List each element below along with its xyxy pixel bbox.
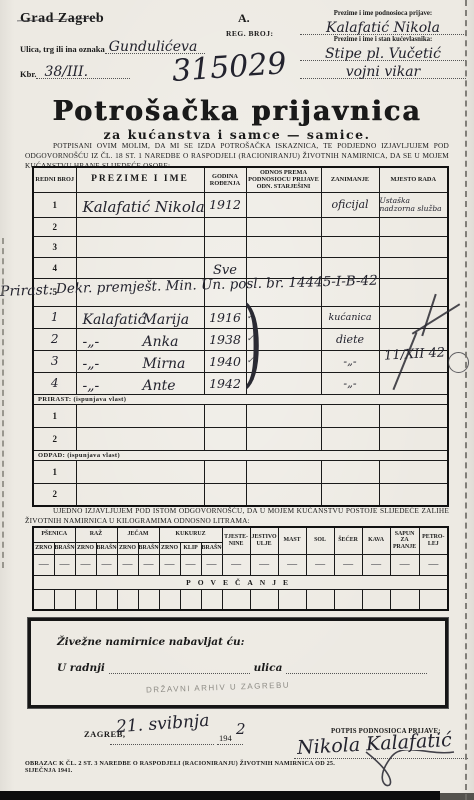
landlord-value2: vojni vikar [300,64,466,80]
povecanje-label: POVEČANJE [33,575,448,589]
form-sheet: Grad Zagreb Ulica, trg ili ina oznaka Gu… [0,0,474,800]
povecanje-empty-row [33,589,448,610]
purchase-box: Živežne namirnice nabavljat ću: U radnji… [28,618,448,708]
table-row: 2 [33,217,448,236]
col-secer: ŠEĆER [334,527,362,554]
purchase-line2: U radnji ulica [57,662,431,674]
col-psenica: PŠENICA [33,527,75,542]
street-row: Ulica, trg ili ina oznaka Gundulićeva [20,39,205,54]
sve-note: Sve [204,257,246,278]
form-footnote: OBRAZAC K ČL. 2 ST. 3 NAREDBE O RASPODJE… [25,760,355,774]
kbr-row: Kbr. 38/III. [20,62,130,79]
col-tjestenine: TJESTE-NINE [222,527,250,554]
landlord-field: Stipe pl. Vučetić [300,43,466,61]
household-header-row: REDNI BROJ PREZIME I IME GODINA ROĐENJA … [33,167,448,192]
scan-bottom-bar-light [440,793,474,800]
family-given-name: Anka [143,334,179,350]
family-given-name: Marija [143,312,190,328]
landlord-label: Prezime i ime i stan kućevlasnika: [300,36,466,43]
person-year: 1912 [204,192,246,217]
family-surname: Kalafatić [83,312,146,328]
odpad-section-row: ODPAD: (ispunjava vlast) [33,450,448,460]
col-raz: RAŽ [75,527,117,542]
landlord-value: Stipe pl. Vučetić [300,46,466,62]
purchase-line1: Živežne namirnice nabavljat ću: [57,636,244,648]
col-mast: MAST [278,527,306,554]
reg-broj-label: REG. BROJ: [226,29,274,38]
table-row: 3 [33,236,448,257]
family-occupation: diete [321,328,379,350]
table-row: 2 -„-Anka 1938 ✓ diete [33,328,448,350]
form-title: Potrošačka prijavnica [0,96,474,127]
table-row: 2 [33,427,448,450]
col-prezime-ime: PREZIME I IME [76,167,204,192]
col-zanimanje: ZANIMANJE [321,167,379,192]
family-surname: -„- [83,356,100,372]
perforation-left [2,238,4,568]
supplies-table: PŠENICA RAŽ JEČAM KUKURUZ TJESTE-NINE JE… [32,526,449,611]
supplies-group-header: PŠENICA RAŽ JEČAM KUKURUZ TJESTE-NINE JE… [33,527,448,542]
person-occupation: oficijal [321,192,379,217]
date-stamp-annotation: 11/XII 42 [384,345,446,363]
reg-broj-value: 315029 [171,46,288,89]
col-odnos: ODNOS PREMA PODNOSIOCU PRIJAVE ODN. STAR… [246,167,321,192]
year-value: 2 [236,720,246,738]
family-surname: -„- [83,378,100,394]
section-letter: A. [238,11,250,26]
scan-bottom-bar [0,791,440,800]
table-row: 1 KalafatićMarija 1916 ✓ kućanica [33,306,448,328]
family-given-name: Ante [143,378,176,394]
archive-stamp: DRŽAVNI ARHIV U ZAGREBU [146,680,290,694]
col-sol: SOL [306,527,334,554]
street-label: Ulica, trg ili ina oznaka [20,44,105,54]
applicant-label: Prezime i ime podnosioca prijave: [300,10,466,17]
col-mjesto-rada: MJESTO RADA [379,167,448,192]
family-surname: -„- [83,334,100,350]
perforation-right [465,0,467,800]
odpad-label: ODPAD: (ispunjava vlast) [33,450,448,460]
kbr-label: Kbr. [20,69,36,79]
prirast-label: PRIRAST: (ispunjava vlast) [33,394,448,404]
ulica-field [286,662,427,674]
col-sapun: SAPUN ZA PRANJE [390,527,419,554]
form-subtitle: za kućanstva i samce — samice. [0,127,474,142]
shop-label: U radnji [57,662,105,674]
year-printed: 194 [219,733,232,743]
family-year: 1940 [204,350,246,372]
col-jestivo-ulje: JESTIVO ULJE [250,527,278,554]
family-given-name: Mirna [143,356,186,372]
family-occupation: -„- [321,350,379,372]
table-row: 4 -„-Ante 1942 ✓ -„- [33,372,448,394]
applicant-box: Prezime i ime podnosioca prijave: Kalafa… [300,9,466,79]
applicant-value: Kalafatić Nikola [300,20,466,36]
kbr-field: 38/III. [36,62,130,79]
date-field [110,744,214,745]
ulica-label: ulica [254,662,283,674]
supplies-values-row: — — — — — — — — — — — — — — — — — [33,554,448,575]
col-kukuruz: KUKURUZ [159,527,222,542]
household-table: REDNI BROJ PREZIME I IME GODINA ROĐENJA … [32,166,449,507]
family-occupation: kućanica [321,306,379,328]
col-kava: KAVA [362,527,390,554]
declaration-paragraph-2: UJEDNO IZJAVLJUJEM POD ISTOM ODGOVORNOŠĆ… [25,506,449,526]
shop-field [109,662,250,674]
prirast-section-row: PRIRAST: (ispunjava vlast) [33,394,448,404]
year-field [217,744,243,745]
person-name: Kalafatić Nikola [83,198,205,216]
table-row: 1 Kalafatić Nikola 1912 oficijal Ustaška… [33,192,448,217]
person-workplace: Ustaška nadzorna služba [379,192,448,217]
kbr-value: 38/III. [44,64,88,80]
margin-note-prirast: Prirast: [0,282,53,300]
col-petrolej: PETRO-LEJ [419,527,448,554]
landlord-field2: vojni vikar [300,61,466,79]
table-row: 1 [33,404,448,427]
family-year: 1916 [204,306,246,328]
family-occupation: -„- [321,372,379,394]
applicant-field: Kalafatić Nikola [300,17,466,35]
col-jecam: JEČAM [117,527,159,542]
table-row: 1 [33,460,448,483]
col-godina: GODINA ROĐENJA [204,167,246,192]
family-year: 1942 [204,372,246,394]
table-row: 2 [33,483,448,506]
brace-annotation: ) [242,294,263,390]
date-value: 21. svibnja [115,711,210,737]
povecanje-row: POVEČANJE [33,575,448,589]
col-redni-broj: REDNI BROJ [33,167,76,192]
family-year: 1938 [204,328,246,350]
